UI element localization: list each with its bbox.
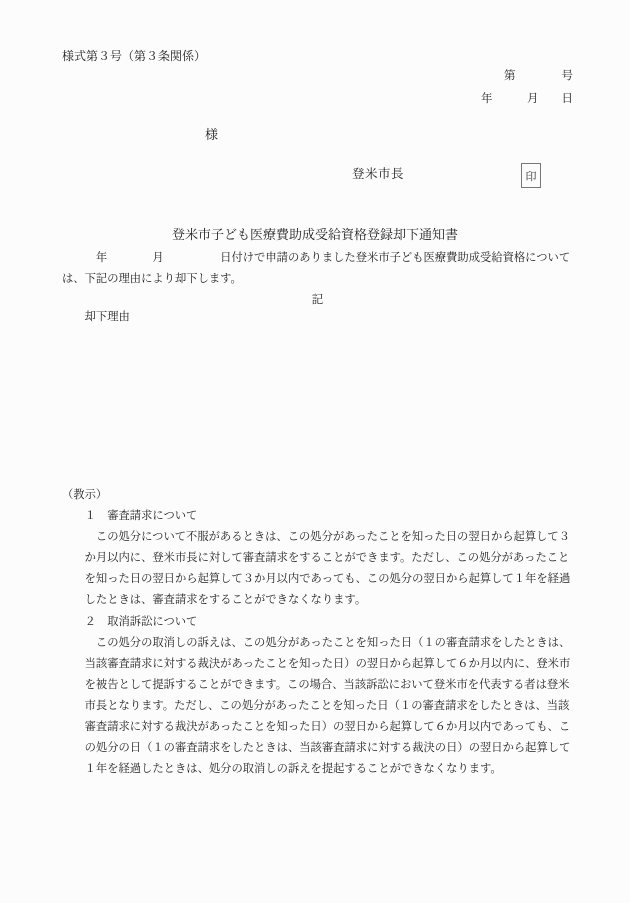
kyoji-line: したときは、審査請求をすることができなくなります。 [62, 590, 577, 611]
kyoji-line: の処分の日（１の審査請求をしたときは、当該審査請求に対する裁決の日）の翌日から起… [62, 738, 577, 759]
document-page: 様式第３号（第３条関係） 第 号 年 月 日 様 登米市長 印 登米市子ども医療… [0, 0, 630, 903]
kyoji-line: この処分について不服があるときは、この処分があったことを知った日の翌日から起算し… [62, 527, 577, 548]
document-number-line: 第 号 [62, 71, 573, 83]
addressee-line: 様 [205, 128, 218, 141]
kyoji-item-1-title: １ 審査請求について [62, 506, 577, 527]
body-paragraph-line: 年 月 日付けで申請のありました登米市子ども医療費助成受給資格について [62, 253, 570, 264]
body-paragraph-line: は、下記の理由により却下します。 [62, 274, 242, 285]
kyoji-line: 当該審査請求に対する裁決があったことを知った日）の翌日から起算して６か月以内に、… [62, 654, 577, 675]
date-line: 年 月 日 [62, 94, 573, 106]
kyoji-line: を被告として提訴することができます。この場合、当該訴訟において登米市を代表する者… [62, 675, 577, 696]
form-number-label: 様式第３号（第３条関係） [62, 50, 206, 62]
kyoji-line: １年を経過したときは、処分の取消しの訴えを提起することができなくなります。 [62, 759, 577, 780]
kyoji-instructions-section: （教示） １ 審査請求について この処分について不服があるときは、この処分があっ… [62, 485, 577, 780]
kyoji-line: を知った日の翌日から起算して３か月以内であっても、この処分の翌日から起算して１年… [62, 569, 577, 590]
kyoji-line: 審査請求に対する裁決があったことを知った日）の翌日から起算して６か月以内であって… [62, 717, 577, 738]
kyoji-line: か月以内に、登米市長に対して審査請求をすることができます。ただし、この処分があっ… [62, 548, 577, 569]
document-title: 登米市子ども医療費助成受給資格登録却下通知書 [0, 228, 630, 241]
sender-title-label: 登米市長 [352, 168, 404, 181]
seal-mark-icon: 印 [526, 168, 537, 184]
seal-box: 印 [521, 163, 541, 188]
kyoji-line: この処分の取消しの訴えは、この処分があったことを知った日（１の審査請求をしたとき… [62, 633, 577, 654]
rejection-reason-label: 却下理由 [62, 312, 130, 323]
kyoji-line: 市長となります。ただし、この処分があったことを知った日（１の審査請求をしたときは… [62, 696, 577, 717]
kyoji-item-2-title: ２ 取消訴訟について [62, 612, 577, 633]
kyoji-heading: （教示） [62, 485, 577, 506]
notation-ki-label: 記 [62, 295, 573, 307]
